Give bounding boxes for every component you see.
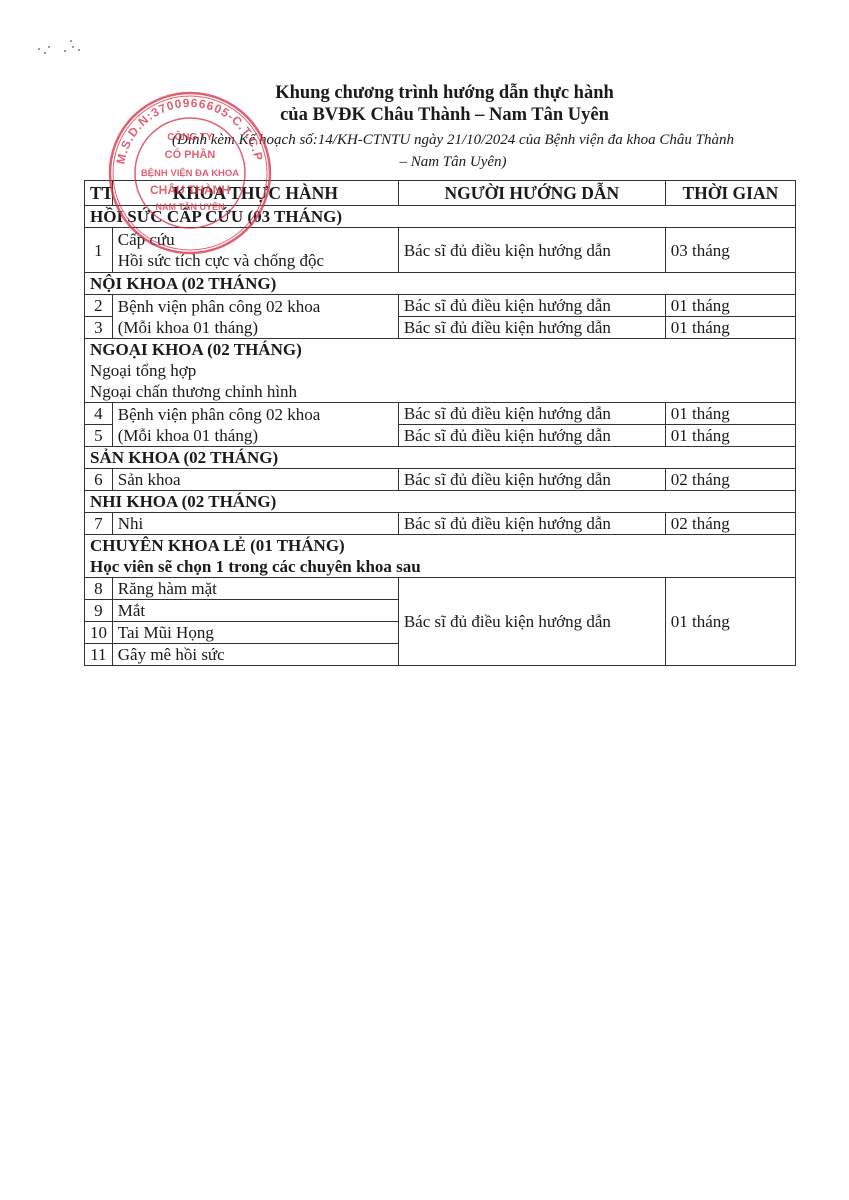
section-cell: NGOẠI KHOA (02 THÁNG) Ngoại tổng hợp Ngo… bbox=[85, 339, 796, 403]
cell-time: 01 tháng bbox=[665, 295, 795, 317]
khoa-line: Hồi sức tích cực và chống độc bbox=[118, 250, 393, 271]
cell-khoa: Mắt bbox=[112, 600, 398, 622]
khoa-line: Cấp cứu bbox=[118, 229, 393, 250]
section-note: Ngoại chấn thương chỉnh hình bbox=[90, 381, 790, 402]
cell-tt: 8 bbox=[85, 578, 113, 600]
cell-time: 02 tháng bbox=[665, 469, 795, 491]
table-row: 1 Cấp cứu Hồi sức tích cực và chống độc … bbox=[85, 228, 796, 273]
section-row-hoi-suc: HỒI SỨC CẤP CỨU (03 THÁNG) bbox=[85, 206, 796, 228]
section-row-nhi-khoa: NHI KHOA (02 THÁNG) bbox=[85, 491, 796, 513]
subtitle-line2: – Nam Tân Uyên) bbox=[128, 151, 778, 173]
cell-tt: 4 bbox=[85, 403, 113, 425]
cell-khoa: Bệnh viện phân công 02 khoa (Mỗi khoa 01… bbox=[112, 295, 398, 339]
cell-tt: 3 bbox=[85, 317, 113, 339]
cell-khoa: Sản khoa bbox=[112, 469, 398, 491]
header-khoa: KHOA THỰC HÀNH bbox=[112, 181, 398, 206]
cell-khoa: Cấp cứu Hồi sức tích cực và chống độc bbox=[112, 228, 398, 273]
cell-khoa: Răng hàm mặt bbox=[112, 578, 398, 600]
cell-nguoi: Bác sĩ đủ điều kiện hướng dẫn bbox=[398, 403, 665, 425]
khoa-line: Bệnh viện phân công 02 khoa bbox=[118, 296, 393, 317]
section-title: NGOẠI KHOA (02 THÁNG) bbox=[90, 339, 790, 360]
cell-khoa: Nhi bbox=[112, 513, 398, 535]
section-note: Ngoại tổng hợp bbox=[90, 360, 790, 381]
cell-nguoi: Bác sĩ đủ điều kiện hướng dẫn bbox=[398, 317, 665, 339]
table-header-row: TT KHOA THỰC HÀNH NGƯỜI HƯỚNG DẪN THỜI G… bbox=[85, 181, 796, 206]
cell-time: 01 tháng bbox=[665, 578, 795, 666]
section-title: NỘI KHOA (02 THÁNG) bbox=[85, 273, 796, 295]
cell-nguoi: Bác sĩ đủ điều kiện hướng dẫn bbox=[398, 425, 665, 447]
cell-tt: 9 bbox=[85, 600, 113, 622]
cell-tt: 6 bbox=[85, 469, 113, 491]
section-title: SẢN KHOA (02 THÁNG) bbox=[85, 447, 796, 469]
header-tt: TT bbox=[85, 181, 113, 206]
cell-time: 02 tháng bbox=[665, 513, 795, 535]
section-title: HỒI SỨC CẤP CỨU (03 THÁNG) bbox=[85, 206, 796, 228]
scan-specks bbox=[36, 40, 96, 60]
khoa-line: Bệnh viện phân công 02 khoa bbox=[118, 404, 393, 425]
cell-khoa: Gây mê hồi sức bbox=[112, 644, 398, 666]
table-row: 7 Nhi Bác sĩ đủ điều kiện hướng dẫn 02 t… bbox=[85, 513, 796, 535]
section-row-ngoai-khoa: NGOẠI KHOA (02 THÁNG) Ngoại tổng hợp Ngo… bbox=[85, 339, 796, 403]
cell-tt: 7 bbox=[85, 513, 113, 535]
cell-tt: 2 bbox=[85, 295, 113, 317]
section-row-noi-khoa: NỘI KHOA (02 THÁNG) bbox=[85, 273, 796, 295]
table-row: 6 Sản khoa Bác sĩ đủ điều kiện hướng dẫn… bbox=[85, 469, 796, 491]
section-note: Học viên sẽ chọn 1 trong các chuyên khoa… bbox=[90, 556, 790, 577]
khoa-line: (Mỗi khoa 01 tháng) bbox=[118, 425, 393, 446]
table-row: 4 Bệnh viện phân công 02 khoa (Mỗi khoa … bbox=[85, 403, 796, 425]
table-row: 8 Răng hàm mặt Bác sĩ đủ điều kiện hướng… bbox=[85, 578, 796, 600]
cell-tt: 5 bbox=[85, 425, 113, 447]
cell-tt: 1 bbox=[85, 228, 113, 273]
cell-time: 01 tháng bbox=[665, 317, 795, 339]
cell-nguoi: Bác sĩ đủ điều kiện hướng dẫn bbox=[398, 228, 665, 273]
section-row-chuyen-khoa: CHUYÊN KHOA LẺ (01 THÁNG) Học viên sẽ ch… bbox=[85, 535, 796, 578]
cell-time: 01 tháng bbox=[665, 425, 795, 447]
cell-khoa: Tai Mũi Họng bbox=[112, 622, 398, 644]
cell-tt: 11 bbox=[85, 644, 113, 666]
document-subtitle: (Đính kèm Kế hoạch số:14/KH-CTNTU ngày 2… bbox=[128, 129, 778, 173]
cell-time: 01 tháng bbox=[665, 403, 795, 425]
khoa-line: (Mỗi khoa 01 tháng) bbox=[118, 317, 393, 338]
program-table: TT KHOA THỰC HÀNH NGƯỜI HƯỚNG DẪN THỜI G… bbox=[84, 180, 796, 666]
table-row: 2 Bệnh viện phân công 02 khoa (Mỗi khoa … bbox=[85, 295, 796, 317]
document-title: Khung chương trình hướng dẫn thực hành bbox=[20, 82, 849, 104]
cell-nguoi: Bác sĩ đủ điều kiện hướng dẫn bbox=[398, 295, 665, 317]
section-cell: CHUYÊN KHOA LẺ (01 THÁNG) Học viên sẽ ch… bbox=[85, 535, 796, 578]
cell-tt: 10 bbox=[85, 622, 113, 644]
cell-time: 03 tháng bbox=[665, 228, 795, 273]
cell-khoa: Bệnh viện phân công 02 khoa (Mỗi khoa 01… bbox=[112, 403, 398, 447]
subtitle-line1: (Đính kèm Kế hoạch số:14/KH-CTNTU ngày 2… bbox=[128, 129, 778, 151]
cell-nguoi: Bác sĩ đủ điều kiện hướng dẫn bbox=[398, 513, 665, 535]
section-title: CHUYÊN KHOA LẺ (01 THÁNG) bbox=[90, 535, 790, 556]
cell-nguoi: Bác sĩ đủ điều kiện hướng dẫn bbox=[398, 578, 665, 666]
document-title-line2: của BVĐK Châu Thành – Nam Tân Uyên bbox=[20, 104, 849, 126]
header-time: THỜI GIAN bbox=[665, 181, 795, 206]
section-title: NHI KHOA (02 THÁNG) bbox=[85, 491, 796, 513]
section-row-san-khoa: SẢN KHOA (02 THÁNG) bbox=[85, 447, 796, 469]
cell-nguoi: Bác sĩ đủ điều kiện hướng dẫn bbox=[398, 469, 665, 491]
header-nguoi: NGƯỜI HƯỚNG DẪN bbox=[398, 181, 665, 206]
